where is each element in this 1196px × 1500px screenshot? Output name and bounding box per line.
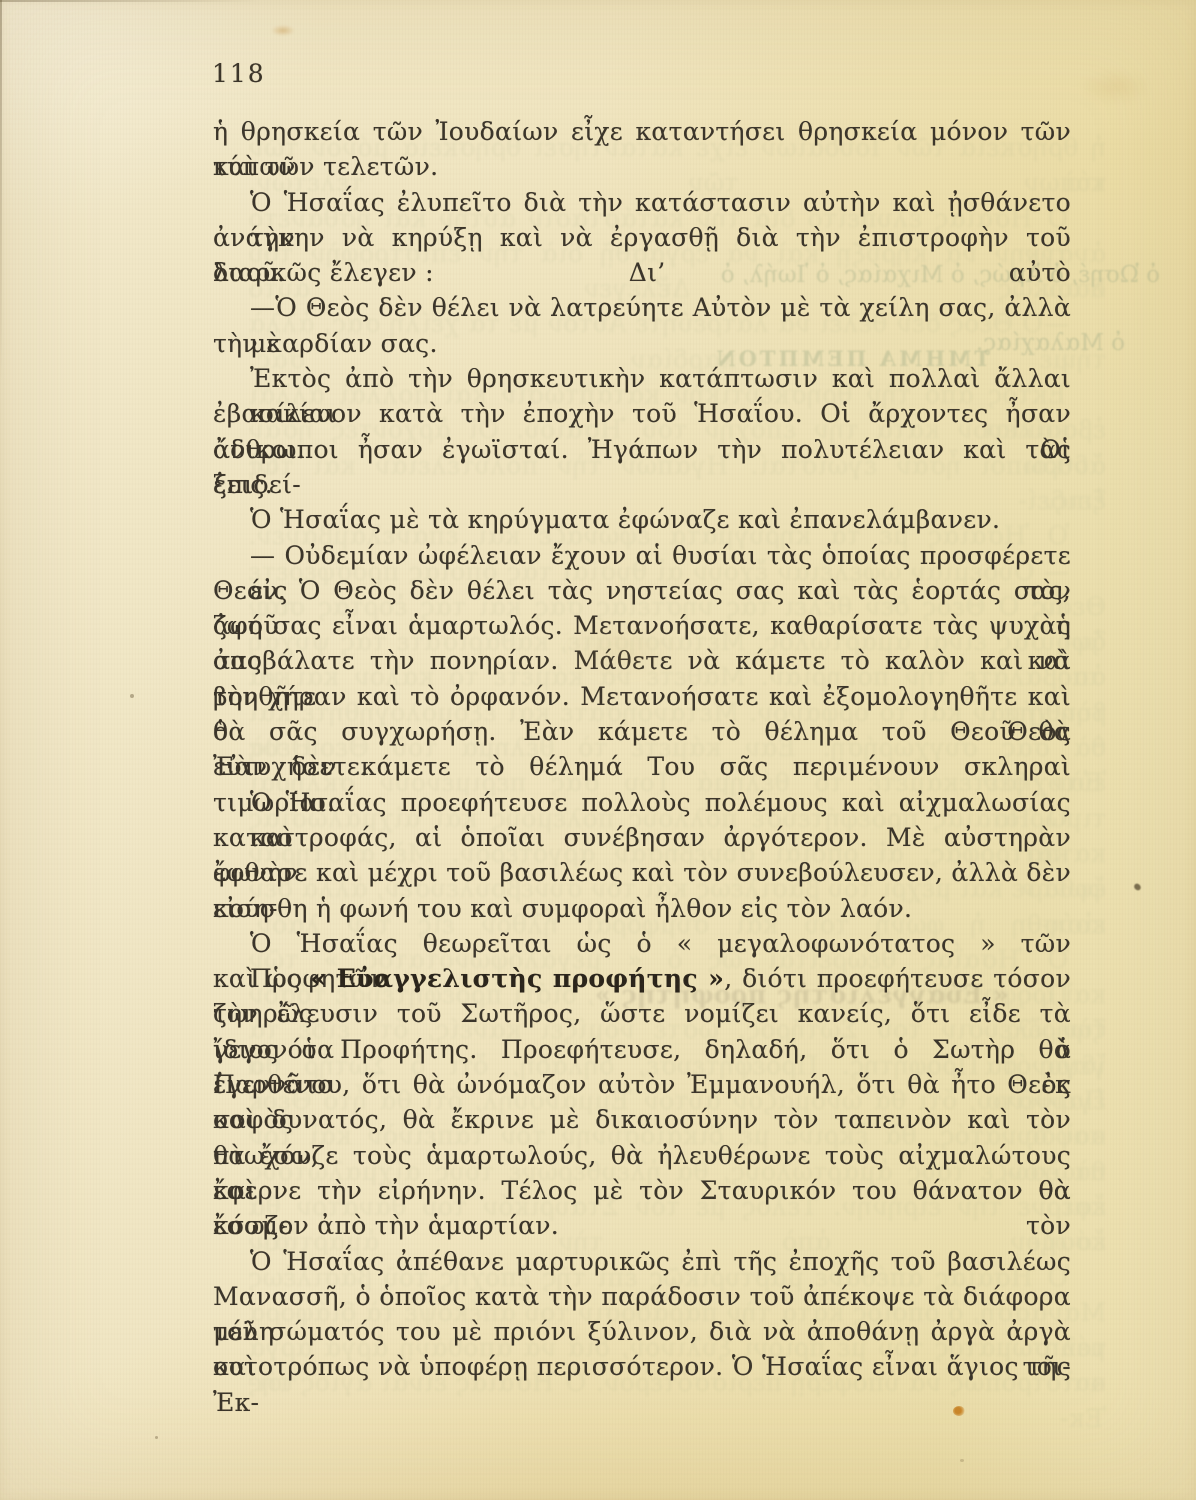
text-segment: κόσμον ἀπὸ τὴν ἁμαρτίαν.	[213, 1211, 559, 1240]
text-line: ἀποβάλατε τὴν πονηρίαν. Μάθετε νὰ κάμετε…	[213, 643, 1071, 678]
text-line: τὴν καρδίαν σας.	[213, 326, 1071, 361]
text-line: ουτοτρόπως νὰ ὑποφέρῃ περισσότερον. Ὁ Ἡσ…	[213, 1349, 1071, 1384]
text-line: θὰ ἔσωζε τοὺς ἁμαρτωλούς, θὰ ἠλευθέρωνε …	[213, 1138, 1071, 1173]
text-line: καὶ ὡς « Εὐαγγελιστὴς προφήτης », διότι …	[213, 961, 1071, 996]
text-line: κούσθη ἡ φωνή του καὶ συμφοραὶ ἦλθον εἰς…	[213, 891, 1071, 926]
text-line: ἄνθρωποι ἦσαν ἐγωϊσταί. Ἠγάπων τὴν πολυτ…	[213, 432, 1071, 467]
text-line: — Οὐδεμίαν ὠφέλειαν ἔχουν αἱ θυσίαι τὰς …	[213, 538, 1071, 573]
text-line: ἔφερνε τὴν εἰρήνην. Τέλος μὲ τὸν Σταυρικ…	[213, 1173, 1071, 1208]
ink-speck	[130, 694, 134, 698]
text-line: τοῦ σώματός του μὲ πριόνι ξύλινον, διὰ ν…	[213, 1314, 1071, 1349]
ink-speck	[1133, 883, 1142, 892]
text-line: Ἐκτὸς ἀπὸ τὴν θρησκευτικὴν κατάπτωσιν κα…	[213, 361, 1071, 396]
text-line: καὶ δυνατός, θὰ ἔκρινε μὲ δικαιοσύνην τὸ…	[213, 1102, 1071, 1137]
text-line: καταστροφάς, αἱ ὁποῖαι συνέβησαν ἀργότερ…	[213, 820, 1071, 855]
ink-speck	[155, 1436, 158, 1439]
text-line: τὴν ἔλευσιν τοῦ Σωτῆρος, ὥστε νομίζει κα…	[213, 996, 1071, 1031]
text-block: ἡ θρησκεία τῶν Ἰουδαίων εἶχε καταντήσει …	[213, 114, 1071, 1385]
emphasized-text: « Εὐαγγελιστὴς προφήτης »	[310, 964, 724, 993]
scanned-book-page: ἡ θρησκεία τῶν Ἰουδαίων εἶχε καταντήσει …	[0, 0, 1196, 1500]
text-segment: διαρκῶς ἔλεγεν :	[213, 258, 434, 287]
text-line: —Ὁ Θεὸς δὲν θέλει νὰ λατρεύητε Αὐτὸν μὲ …	[213, 290, 1071, 325]
text-line: ἀνάγκην νὰ κηρύξῃ καὶ νὰ ἐργασθῇ διὰ τὴν…	[213, 220, 1071, 255]
text-line: ξεις.	[213, 467, 1071, 502]
text-line: Ὁ Ἡσαΐας ἀπέθανε μαρτυρικῶς ἐπὶ τῆς ἐποχ…	[213, 1244, 1071, 1279]
text-segment: Ὁ Ἡσαΐας ἀπέθανε μαρτυρικῶς ἐπὶ τῆς ἐποχ…	[250, 1247, 1071, 1276]
text-line: Μανασσῆ, ὁ ὁποῖος κατὰ τὴν παράδοσιν τοῦ…	[213, 1279, 1071, 1314]
text-segment: ουτοτρόπως νὰ ὑποφέρῃ περισσότερον. Ὁ Ἡσ…	[213, 1352, 1071, 1416]
text-line: ἐβασίλευον κατὰ τὴν ἐποχὴν τοῦ Ἡσαΐου. Ο…	[213, 396, 1071, 431]
text-line: ἔφθασε καὶ μέχρι τοῦ βασιλέως καὶ τὸν συ…	[213, 855, 1071, 890]
text-segment: ξεις.	[213, 470, 273, 499]
text-segment: Ὁ Ἡσαΐας μὲ τὰ κηρύγματα ἐφώναζε καὶ ἐπα…	[250, 505, 1000, 534]
scan-edge-shadow	[0, 0, 260, 2]
orange-stain-spot	[953, 1406, 965, 1416]
text-segment: καὶ ὡς	[213, 964, 310, 993]
page-number: 118	[212, 59, 266, 88]
text-line: καὶ τῶν τελετῶν.	[213, 149, 1071, 184]
rust-smudge	[271, 25, 295, 36]
text-line: Παρθένου, ὅτι θὰ ὠνόμαζον αὐτὸν Ἐμμανουή…	[213, 1067, 1071, 1102]
text-line: Ὁ Ἡσαΐας θεωρεῖται ὡς ὁ « μεγαλοφωνότατο…	[213, 926, 1071, 961]
text-line: Ἐὰν δὲν κάμετε τὸ θέλημά Του σᾶς περιμέν…	[213, 749, 1071, 784]
scan-edge-shadow	[0, 0, 2, 380]
faint-stain	[1080, 70, 1150, 104]
text-line: Ὁ Ἡσαΐας ἐλυπεῖτο διὰ τὴν κατάστασιν αὐτ…	[213, 185, 1071, 220]
text-segment: κούσθη ἡ φωνή του καὶ συμφοραὶ ἦλθον εἰς…	[213, 894, 912, 923]
text-line: ἴδιος ὁ Προφήτης. Προεφήτευσε, δηλαδή, ὅ…	[213, 1032, 1071, 1067]
text-segment: καὶ τῶν τελετῶν.	[213, 152, 438, 181]
text-line: θὰ σᾶς συγχωρήσῃ. Ἐὰν κάμετε τὸ θέλημα τ…	[213, 714, 1071, 749]
text-line: Ὁ Ἡσαΐας μὲ τὰ κηρύγματα ἐφώναζε καὶ ἐπα…	[213, 502, 1071, 537]
ink-speck	[960, 1459, 964, 1462]
text-line: ζωή σας εἶναι ἁμαρτωλός. Μετανοήσατε, κα…	[213, 608, 1071, 643]
text-line: Ὁ Ἡσαΐας προεφήτευσε πολλοὺς πολέμους κα…	[213, 785, 1071, 820]
text-segment: τὴν καρδίαν σας.	[213, 329, 438, 358]
text-line: Θεόν. Ὁ Θεὸς δὲν θέλει τὰς νηστείας σας …	[213, 573, 1071, 608]
text-line: ἡ θρησκεία τῶν Ἰουδαίων εἶχε καταντήσει …	[213, 114, 1071, 149]
text-line: τὴν χήραν καὶ τὸ ὀρφανόν. Μετανοήσατε κα…	[213, 679, 1071, 714]
